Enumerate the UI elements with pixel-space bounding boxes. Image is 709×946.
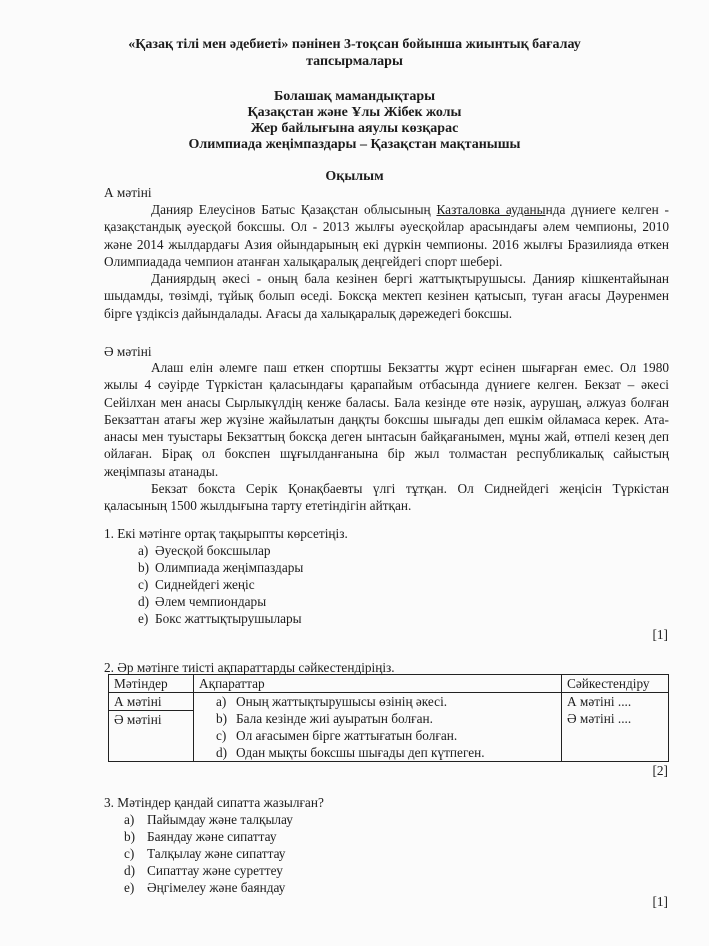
option[interactable]: d)Әлем чемпиондары: [138, 593, 303, 610]
answer-a-field[interactable]: А мәтіні ....: [567, 693, 663, 710]
table-header-row: Мәтіндер Ақпараттар Сәйкестендіру: [109, 675, 669, 693]
option[interactable]: d)Сипаттау және суреттеу: [124, 862, 293, 879]
question-3-options: a)Пайымдау және талқылау b)Баяндау және …: [124, 811, 293, 896]
answers-cell: А мәтіні .... Ә мәтіні ....: [562, 693, 669, 762]
info-item: c)Ол ағасымен бірге жаттығатын болған.: [216, 727, 556, 744]
matching-table: Мәтіндер Ақпараттар Сәйкестендіру А мәті…: [108, 674, 669, 762]
text-a-paragraph-1: Данияр Елеусінов Батыс Қазақстан облысын…: [104, 201, 669, 270]
topic-3: Жер байлығына аяулы көзқарас: [0, 120, 709, 137]
infos-cell: a)Оның жаттықтырушысы өзінің әкесі. b)Ба…: [194, 693, 562, 762]
option[interactable]: e)Бокс жаттықтырушылары: [138, 610, 303, 627]
option[interactable]: c)Талқылау және сипаттау: [124, 845, 293, 862]
topic-1: Болашақ мамандықтары: [0, 88, 709, 105]
option[interactable]: a)Пайымдау және талқылау: [124, 811, 293, 828]
topic-2: Қазақстан және Ұлы Жібек жолы: [0, 104, 709, 121]
question-3-mark: [1]: [652, 894, 668, 910]
option[interactable]: a)Әуесқой боксшылар: [138, 542, 303, 559]
document-title-line1: «Қазақ тілі мен әдебиеті» пәнінен 3-тоқс…: [0, 36, 709, 53]
question-1-mark: [1]: [652, 627, 668, 643]
header-infos: Ақпараттар: [194, 675, 562, 693]
option[interactable]: c)Сиднейдегі жеңіс: [138, 576, 303, 593]
header-matching: Сәйкестендіру: [562, 675, 669, 693]
district-link[interactable]: Казталовка ауданы: [436, 202, 545, 217]
question-1: 1. Екі мәтінге ортақ тақырыпты көрсетіңі…: [104, 525, 348, 542]
question-2-mark: [2]: [652, 763, 668, 779]
option[interactable]: e)Әңгімелеу және баяндау: [124, 879, 293, 896]
text-b-paragraph-2: Бекзат бокста Серік Қонақбаевты үлгі тұт…: [104, 480, 669, 515]
info-item: a)Оның жаттықтырушысы өзінің әкесі.: [216, 693, 556, 710]
text-a-label: А мәтіні: [104, 184, 152, 201]
answer-b-field[interactable]: Ә мәтіні ....: [567, 710, 663, 727]
option[interactable]: b)Баяндау және сипаттау: [124, 828, 293, 845]
text-b-label: Ә мәтіні: [104, 343, 152, 360]
topic-4: Олимпиада жеңімпаздары – Қазақстан мақта…: [0, 136, 709, 153]
option[interactable]: b)Олимпиада жеңімпаздары: [138, 559, 303, 576]
question-3: 3. Мәтіндер қандай сипатта жазылған?: [104, 794, 324, 811]
text-b-paragraph-1: Алаш елін әлемге паш еткен спортшы Бекза…: [104, 359, 669, 480]
header-texts: Мәтіндер: [109, 675, 194, 693]
question-1-options: a)Әуесқой боксшылар b)Олимпиада жеңімпаз…: [138, 542, 303, 627]
document-title-line2: тапсырмалары: [0, 53, 709, 70]
text-a-p1-start: Данияр Елеусінов Батыс Қазақстан облысын…: [151, 202, 436, 217]
text-a-paragraph-2: Даниярдың әкесі - оның бала кезінен берг…: [104, 270, 669, 322]
text-a-cell: А мәтіні: [109, 693, 194, 711]
info-item: d)Одан мықты боксшы шығады деп күтпеген.: [216, 744, 556, 761]
text-b-cell: Ә мәтіні: [109, 711, 194, 762]
section-title: Оқылым: [0, 168, 709, 185]
info-item: b)Бала кезінде жиі ауыратын болған.: [216, 710, 556, 727]
table-row: А мәтіні a)Оның жаттықтырушысы өзінің әк…: [109, 693, 669, 711]
